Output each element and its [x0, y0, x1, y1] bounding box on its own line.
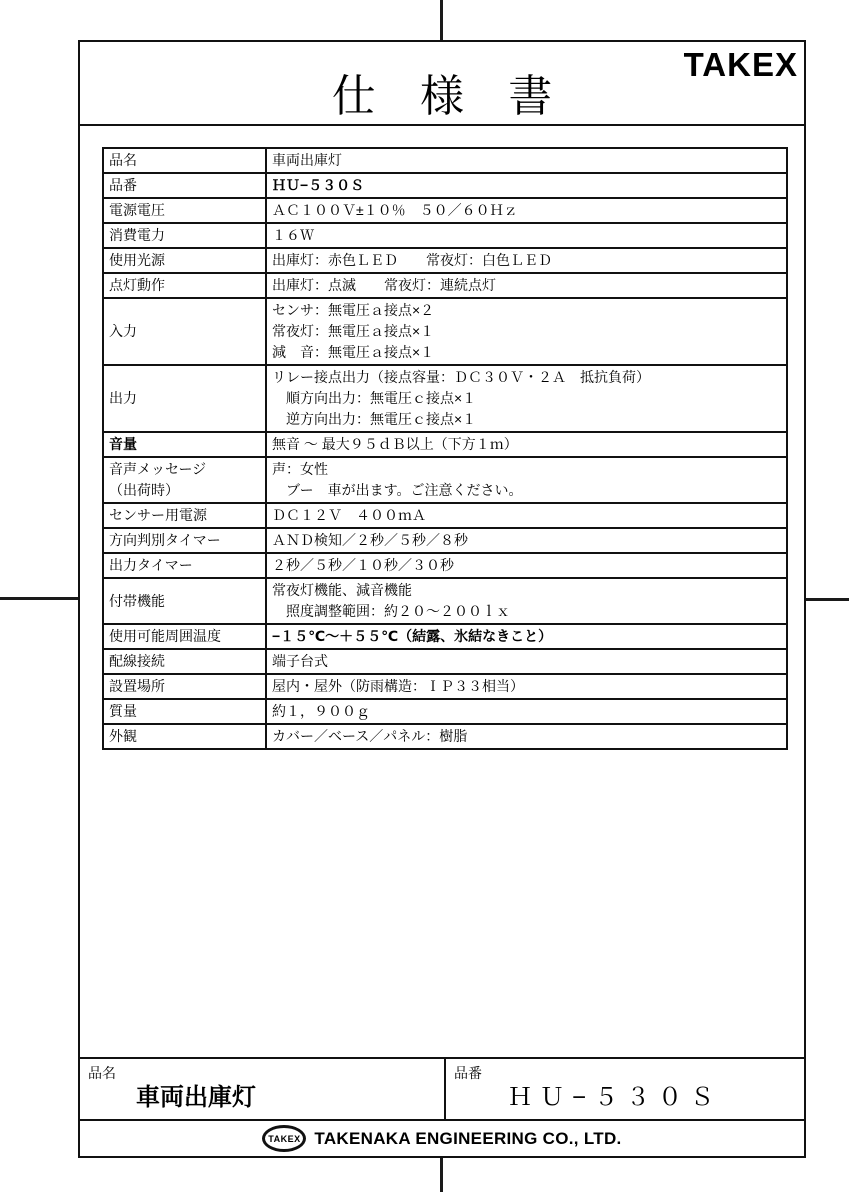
- registration-mark-bottom: [440, 1157, 443, 1192]
- table-row: 方向判別タイマー ＡＮＤ検知／２秒／５秒／８秒: [103, 528, 787, 553]
- company-name: TAKENAKA ENGINEERING CO., LTD.: [314, 1129, 621, 1149]
- model-number-value: ＨＵ−５３０Ｓ: [508, 1077, 722, 1112]
- product-id-row: 品名 車両出庫灯 品番 ＨＵ−５３０Ｓ: [80, 1057, 804, 1119]
- spec-value: リレー接点出力（接点容量：ＤＣ３０Ｖ・２Ａ 抵抗負荷） 順方向出力：無電圧ｃ接点…: [266, 365, 787, 432]
- product-name-label: 品名: [88, 1063, 116, 1083]
- table-row: 品番 ＨＵ−５３０Ｓ: [103, 173, 787, 198]
- spec-label: 電源電圧: [103, 198, 266, 223]
- company-footer: TAKEX TAKENAKA ENGINEERING CO., LTD.: [80, 1119, 804, 1156]
- table-row: 点灯動作 出庫灯：点滅 常夜灯：連続点灯: [103, 273, 787, 298]
- spec-value: 出庫灯：点滅 常夜灯：連続点灯: [266, 273, 787, 298]
- table-row: 外観 カバー／ベース／パネル：樹脂: [103, 724, 787, 749]
- spec-value: １６Ｗ: [266, 223, 787, 248]
- table-row: 音声メッセージ （出荷時） 声：女性 ブー 車が出ます。ご注意ください。: [103, 457, 787, 503]
- spec-label: 出力: [103, 365, 266, 432]
- spec-value: −１５℃～＋５５℃（結露、氷結なきこと）: [266, 624, 787, 649]
- spec-label: 音声メッセージ （出荷時）: [103, 457, 266, 503]
- registration-mark-top: [440, 0, 443, 40]
- spec-label: 付帯機能: [103, 578, 266, 624]
- table-row: 入力 センサ：無電圧ａ接点×２ 常夜灯：無電圧ａ接点×１ 減 音：無電圧ａ接点×…: [103, 298, 787, 365]
- registration-mark-left: [0, 597, 79, 600]
- table-row: 出力タイマー ２秒／５秒／１０秒／３０秒: [103, 553, 787, 578]
- model-number-label: 品番: [454, 1063, 482, 1083]
- spec-value: 常夜灯機能、減音機能 照度調整範囲：約２０～２００ｌｘ: [266, 578, 787, 624]
- spec-label: 方向判別タイマー: [103, 528, 266, 553]
- spec-table: 品名 車両出庫灯 品番 ＨＵ−５３０Ｓ 電源電圧 ＡＣ１００Ｖ±１０％ ５０／６…: [102, 147, 788, 750]
- spec-label: 使用光源: [103, 248, 266, 273]
- spec-label: センサー用電源: [103, 503, 266, 528]
- spec-value: センサ：無電圧ａ接点×２ 常夜灯：無電圧ａ接点×１ 減 音：無電圧ａ接点×１: [266, 298, 787, 365]
- spec-value: ＡＮＤ検知／２秒／５秒／８秒: [266, 528, 787, 553]
- table-row: 質量 約１，９００ｇ: [103, 699, 787, 724]
- spec-value: ＡＣ１００Ｖ±１０％ ５０／６０Ｈｚ: [266, 198, 787, 223]
- spec-value: ２秒／５秒／１０秒／３０秒: [266, 553, 787, 578]
- spec-value: ＨＵ−５３０Ｓ: [266, 173, 787, 198]
- spec-label: 質量: [103, 699, 266, 724]
- spec-value: 出庫灯：赤色ＬＥＤ 常夜灯：白色ＬＥＤ: [266, 248, 787, 273]
- spec-value: 声：女性 ブー 車が出ます。ご注意ください。: [266, 457, 787, 503]
- spec-value: 車両出庫灯: [266, 148, 787, 173]
- spec-sheet-page: 仕 様 書 TAKEX 品名 車両出庫灯 品番 ＨＵ−５３０Ｓ 電源電圧 ＡＣ１…: [0, 0, 849, 1200]
- spec-value: 端子台式: [266, 649, 787, 674]
- table-row: 音量 無音 ～ 最大９５ｄＢ以上（下方１ｍ）: [103, 432, 787, 457]
- table-row: 配線接続 端子台式: [103, 649, 787, 674]
- spec-label: 配線接続: [103, 649, 266, 674]
- table-row: 使用光源 出庫灯：赤色ＬＥＤ 常夜灯：白色ＬＥＤ: [103, 248, 787, 273]
- spec-label: 外観: [103, 724, 266, 749]
- table-row: 付帯機能 常夜灯機能、減音機能 照度調整範囲：約２０～２００ｌｘ: [103, 578, 787, 624]
- spec-value: 約１，９００ｇ: [266, 699, 787, 724]
- spec-label: 品番: [103, 173, 266, 198]
- spec-label: 音量: [103, 432, 266, 457]
- spec-value: ＤＣ１２Ｖ ４００ｍＡ: [266, 503, 787, 528]
- table-row: 品名 車両出庫灯: [103, 148, 787, 173]
- table-row: 使用可能周囲温度 −１５℃～＋５５℃（結露、氷結なきこと）: [103, 624, 787, 649]
- spec-value: カバー／ベース／パネル：樹脂: [266, 724, 787, 749]
- spec-label: 点灯動作: [103, 273, 266, 298]
- table-row: センサー用電源 ＤＣ１２Ｖ ４００ｍＡ: [103, 503, 787, 528]
- spec-label: 入力: [103, 298, 266, 365]
- spec-label: 消費電力: [103, 223, 266, 248]
- takex-seal-icon: TAKEX: [262, 1125, 306, 1152]
- takex-logo: TAKEX: [684, 46, 798, 84]
- registration-mark-right: [806, 598, 849, 601]
- document-frame: 仕 様 書 TAKEX 品名 車両出庫灯 品番 ＨＵ−５３０Ｓ 電源電圧 ＡＣ１…: [78, 40, 806, 1158]
- spec-label: 使用可能周囲温度: [103, 624, 266, 649]
- product-name-value: 車両出庫灯: [136, 1077, 256, 1112]
- table-row: 出力 リレー接点出力（接点容量：ＤＣ３０Ｖ・２Ａ 抵抗負荷） 順方向出力：無電圧…: [103, 365, 787, 432]
- spec-label: 設置場所: [103, 674, 266, 699]
- document-header: 仕 様 書 TAKEX: [80, 42, 804, 126]
- spec-label: 品名: [103, 148, 266, 173]
- spec-value: 無音 ～ 最大９５ｄＢ以上（下方１ｍ）: [266, 432, 787, 457]
- table-row: 設置場所 屋内・屋外（防雨構造：ＩＰ３３相当）: [103, 674, 787, 699]
- table-row: 電源電圧 ＡＣ１００Ｖ±１０％ ５０／６０Ｈｚ: [103, 198, 787, 223]
- model-number-cell: 品番 ＨＵ−５３０Ｓ: [446, 1059, 804, 1119]
- spec-value: 屋内・屋外（防雨構造：ＩＰ３３相当）: [266, 674, 787, 699]
- spec-label: 出力タイマー: [103, 553, 266, 578]
- table-row: 消費電力 １６Ｗ: [103, 223, 787, 248]
- product-name-cell: 品名 車両出庫灯: [80, 1059, 446, 1119]
